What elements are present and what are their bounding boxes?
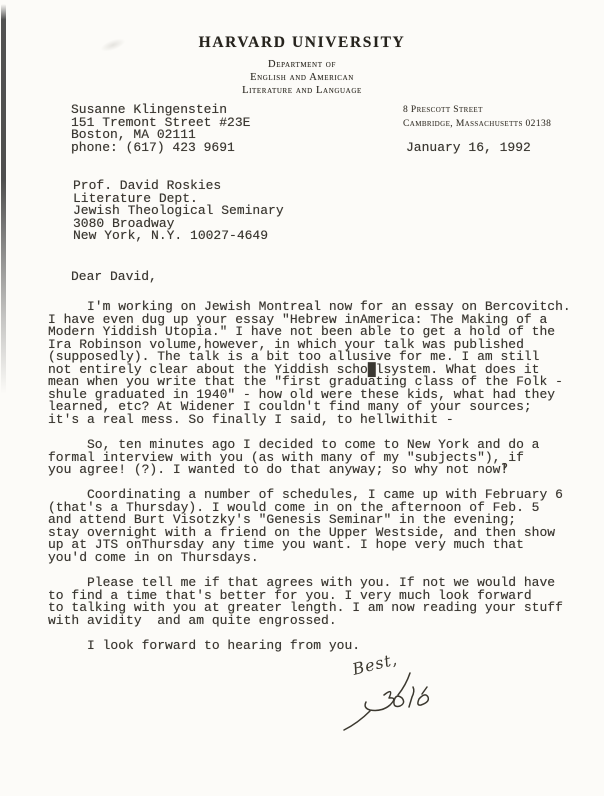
- paragraph-5: I look forward to hearing from you.: [48, 640, 571, 653]
- handwritten-slash: [398, 673, 410, 695]
- campus-address: 8 Prescott Street Cambridge, Massachuset…: [403, 104, 551, 131]
- letter-body: I'm working on Jewish Montreal now for a…: [48, 301, 571, 665]
- scanned-letter-page: HARVARD UNIVERSITY Department of English…: [0, 0, 604, 796]
- paragraph-4: Please tell me if that agrees with you. …: [48, 577, 571, 627]
- department-line-1: Department of: [0, 58, 604, 71]
- letter-date: January 16, 1992: [406, 142, 531, 155]
- campus-address-street: 8 Prescott Street: [403, 104, 551, 118]
- university-name: HARVARD UNIVERSITY: [0, 34, 604, 52]
- campus-address-city: Cambridge, Massachusetts 02138: [403, 118, 551, 132]
- department-line-2: English and American: [0, 71, 604, 84]
- signature-area: Best,: [320, 645, 490, 745]
- letterhead: HARVARD UNIVERSITY Department of English…: [0, 34, 604, 98]
- department-line-3: Literature and Language: [0, 84, 604, 97]
- handwritten-signature: [344, 687, 428, 730]
- handwritten-best: Best,: [349, 649, 399, 679]
- paragraph-2: So, ten minutes ago I decided to come to…: [48, 439, 571, 477]
- sender-address-block: Susanne Klingenstein 151 Tremont Street …: [71, 104, 250, 154]
- paragraph-3: Coordinating a number of schedules, I ca…: [48, 489, 571, 564]
- recipient-address-block: Prof. David Roskies Literature Dept. Jew…: [73, 180, 284, 243]
- paragraph-1: I'm working on Jewish Montreal now for a…: [48, 301, 571, 426]
- salutation: Dear David,: [71, 271, 157, 284]
